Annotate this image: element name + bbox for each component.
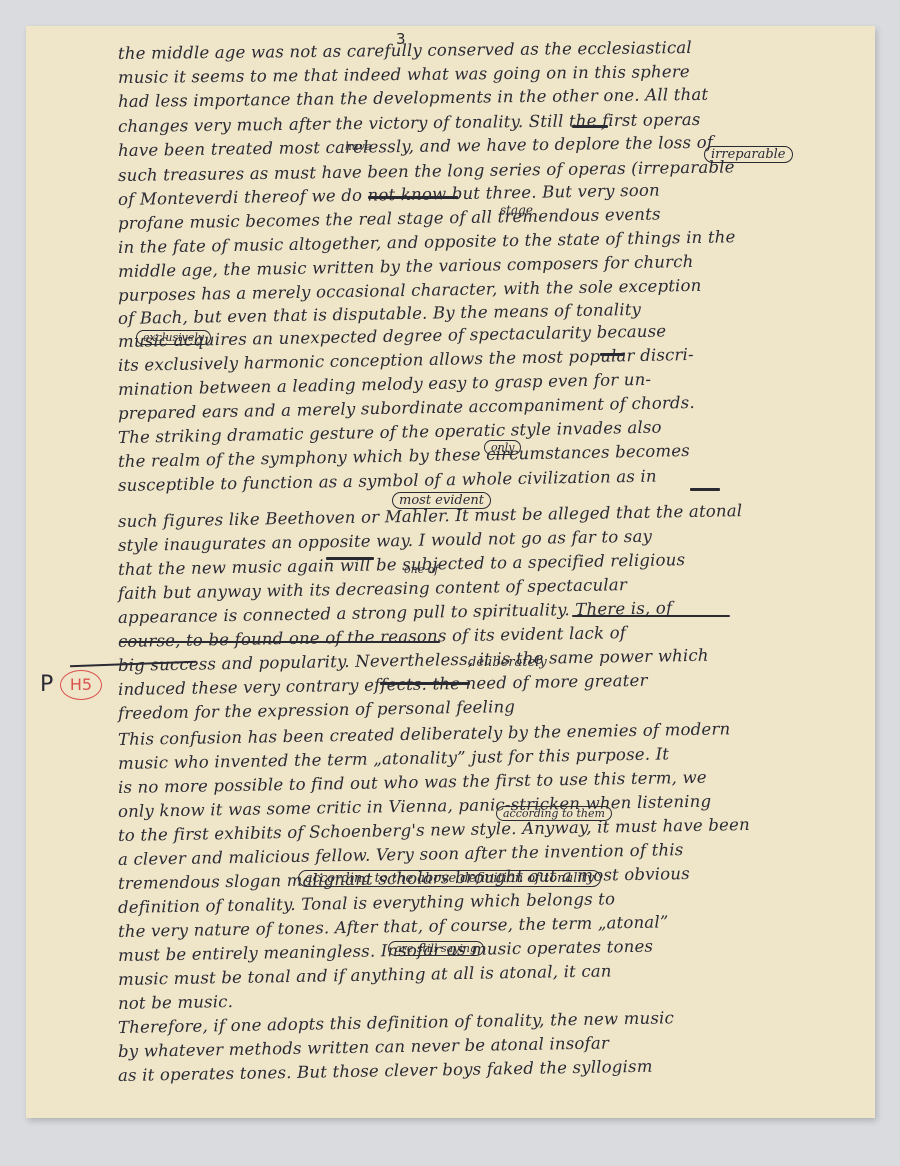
insertion-are-still-saying: are still saying xyxy=(388,941,484,956)
strikethrough-mark xyxy=(572,125,608,128)
insertion-stage: stage xyxy=(500,203,533,217)
insertion-according-to-them: according to them xyxy=(496,806,612,821)
insertion-deliberately: deliberately xyxy=(468,655,547,670)
insertion-according-above: according to the above definition of ton… xyxy=(298,870,601,887)
strikethrough-mark xyxy=(368,196,458,199)
strikethrough-mark xyxy=(600,353,624,356)
insertion-most-evident: most evident xyxy=(392,492,491,509)
strikethrough-mark xyxy=(120,641,440,643)
insertion-exclusively: exclusively xyxy=(136,330,211,345)
insertion-one-of: one of xyxy=(404,563,438,576)
strikethrough-mark xyxy=(572,615,730,617)
insertion-only: only xyxy=(484,440,521,455)
margin-mark-h5-circled: H5 xyxy=(60,670,102,700)
strikethrough-mark xyxy=(326,557,374,560)
insertion-irreparable: irreparable xyxy=(704,146,793,163)
insertion-have: have xyxy=(345,140,371,153)
strikethrough-mark xyxy=(380,682,470,685)
strikethrough-mark xyxy=(690,488,720,491)
margin-mark-p: P xyxy=(40,672,53,697)
